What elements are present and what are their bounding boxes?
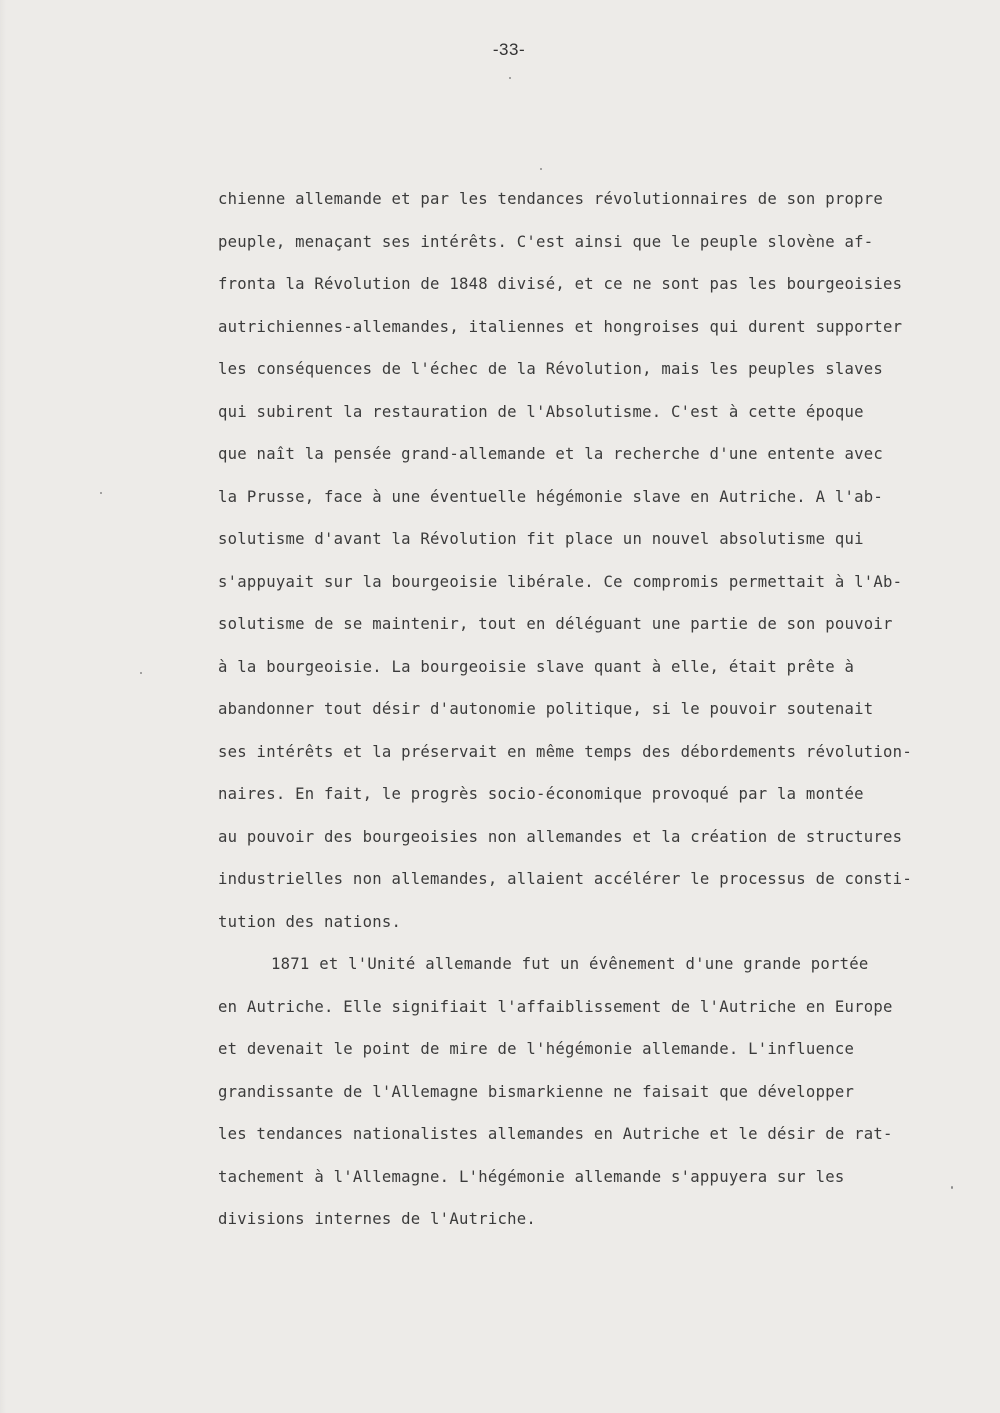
text-line: abandonner tout désir d'autonomie politi… [218, 696, 978, 739]
text-line: que naît la pensée grand-allemande et la… [218, 441, 978, 484]
text-line: industrielles non allemandes, allaient a… [218, 866, 978, 909]
text-line: solutisme de se maintenir, tout en délég… [218, 611, 978, 654]
text-line: solutisme d'avant la Révolution fit plac… [218, 526, 978, 569]
body-text: chienne allemande et par les tendances r… [218, 186, 978, 1249]
text-line: autrichiennes-allemandes, italiennes et … [218, 314, 978, 357]
text-line: à la bourgeoisie. La bourgeoisie slave q… [218, 654, 978, 697]
text-line: chienne allemande et par les tendances r… [218, 186, 978, 229]
scan-speck [100, 492, 102, 494]
text-line: et devenait le point de mire de l'hégémo… [218, 1036, 978, 1079]
text-line: grandissante de l'Allemagne bismarkienne… [218, 1079, 978, 1122]
text-line: tachement à l'Allemagne. L'hégémonie all… [218, 1164, 978, 1207]
text-line: peuple, menaçant ses intérêts. C'est ain… [218, 229, 978, 272]
text-line: les conséquences de l'échec de la Révolu… [218, 356, 978, 399]
scan-speck [951, 1186, 953, 1189]
scan-speck [509, 77, 511, 79]
text-line: les tendances nationalistes allemandes e… [218, 1121, 978, 1164]
text-line: en Autriche. Elle signifiait l'affaiblis… [218, 994, 978, 1037]
paragraph-2: 1871 et l'Unité allemande fut un évêneme… [218, 951, 978, 1249]
text-line: fronta la Révolution de 1848 divisé, et … [218, 271, 978, 314]
paragraph-1: chienne allemande et par les tendances r… [218, 186, 978, 951]
text-line: s'appuyait sur la bourgeoisie libérale. … [218, 569, 978, 612]
text-line: tution des nations. [218, 909, 978, 952]
text-line: ses intérêts et la préservait en même te… [218, 739, 978, 782]
scan-speck [540, 168, 542, 170]
document-page: -33- chienne allemande et par les tendan… [0, 0, 1000, 1413]
text-line: divisions internes de l'Autriche. [218, 1206, 978, 1249]
text-line: 1871 et l'Unité allemande fut un évêneme… [218, 951, 978, 994]
text-line: la Prusse, face à une éventuelle hégémon… [218, 484, 978, 527]
text-line: naires. En fait, le progrès socio-économ… [218, 781, 978, 824]
text-line: au pouvoir des bourgeoisies non allemand… [218, 824, 978, 867]
text-line: qui subirent la restauration de l'Absolu… [218, 399, 978, 442]
scan-speck [140, 672, 142, 674]
page-number: -33- [0, 40, 1000, 60]
